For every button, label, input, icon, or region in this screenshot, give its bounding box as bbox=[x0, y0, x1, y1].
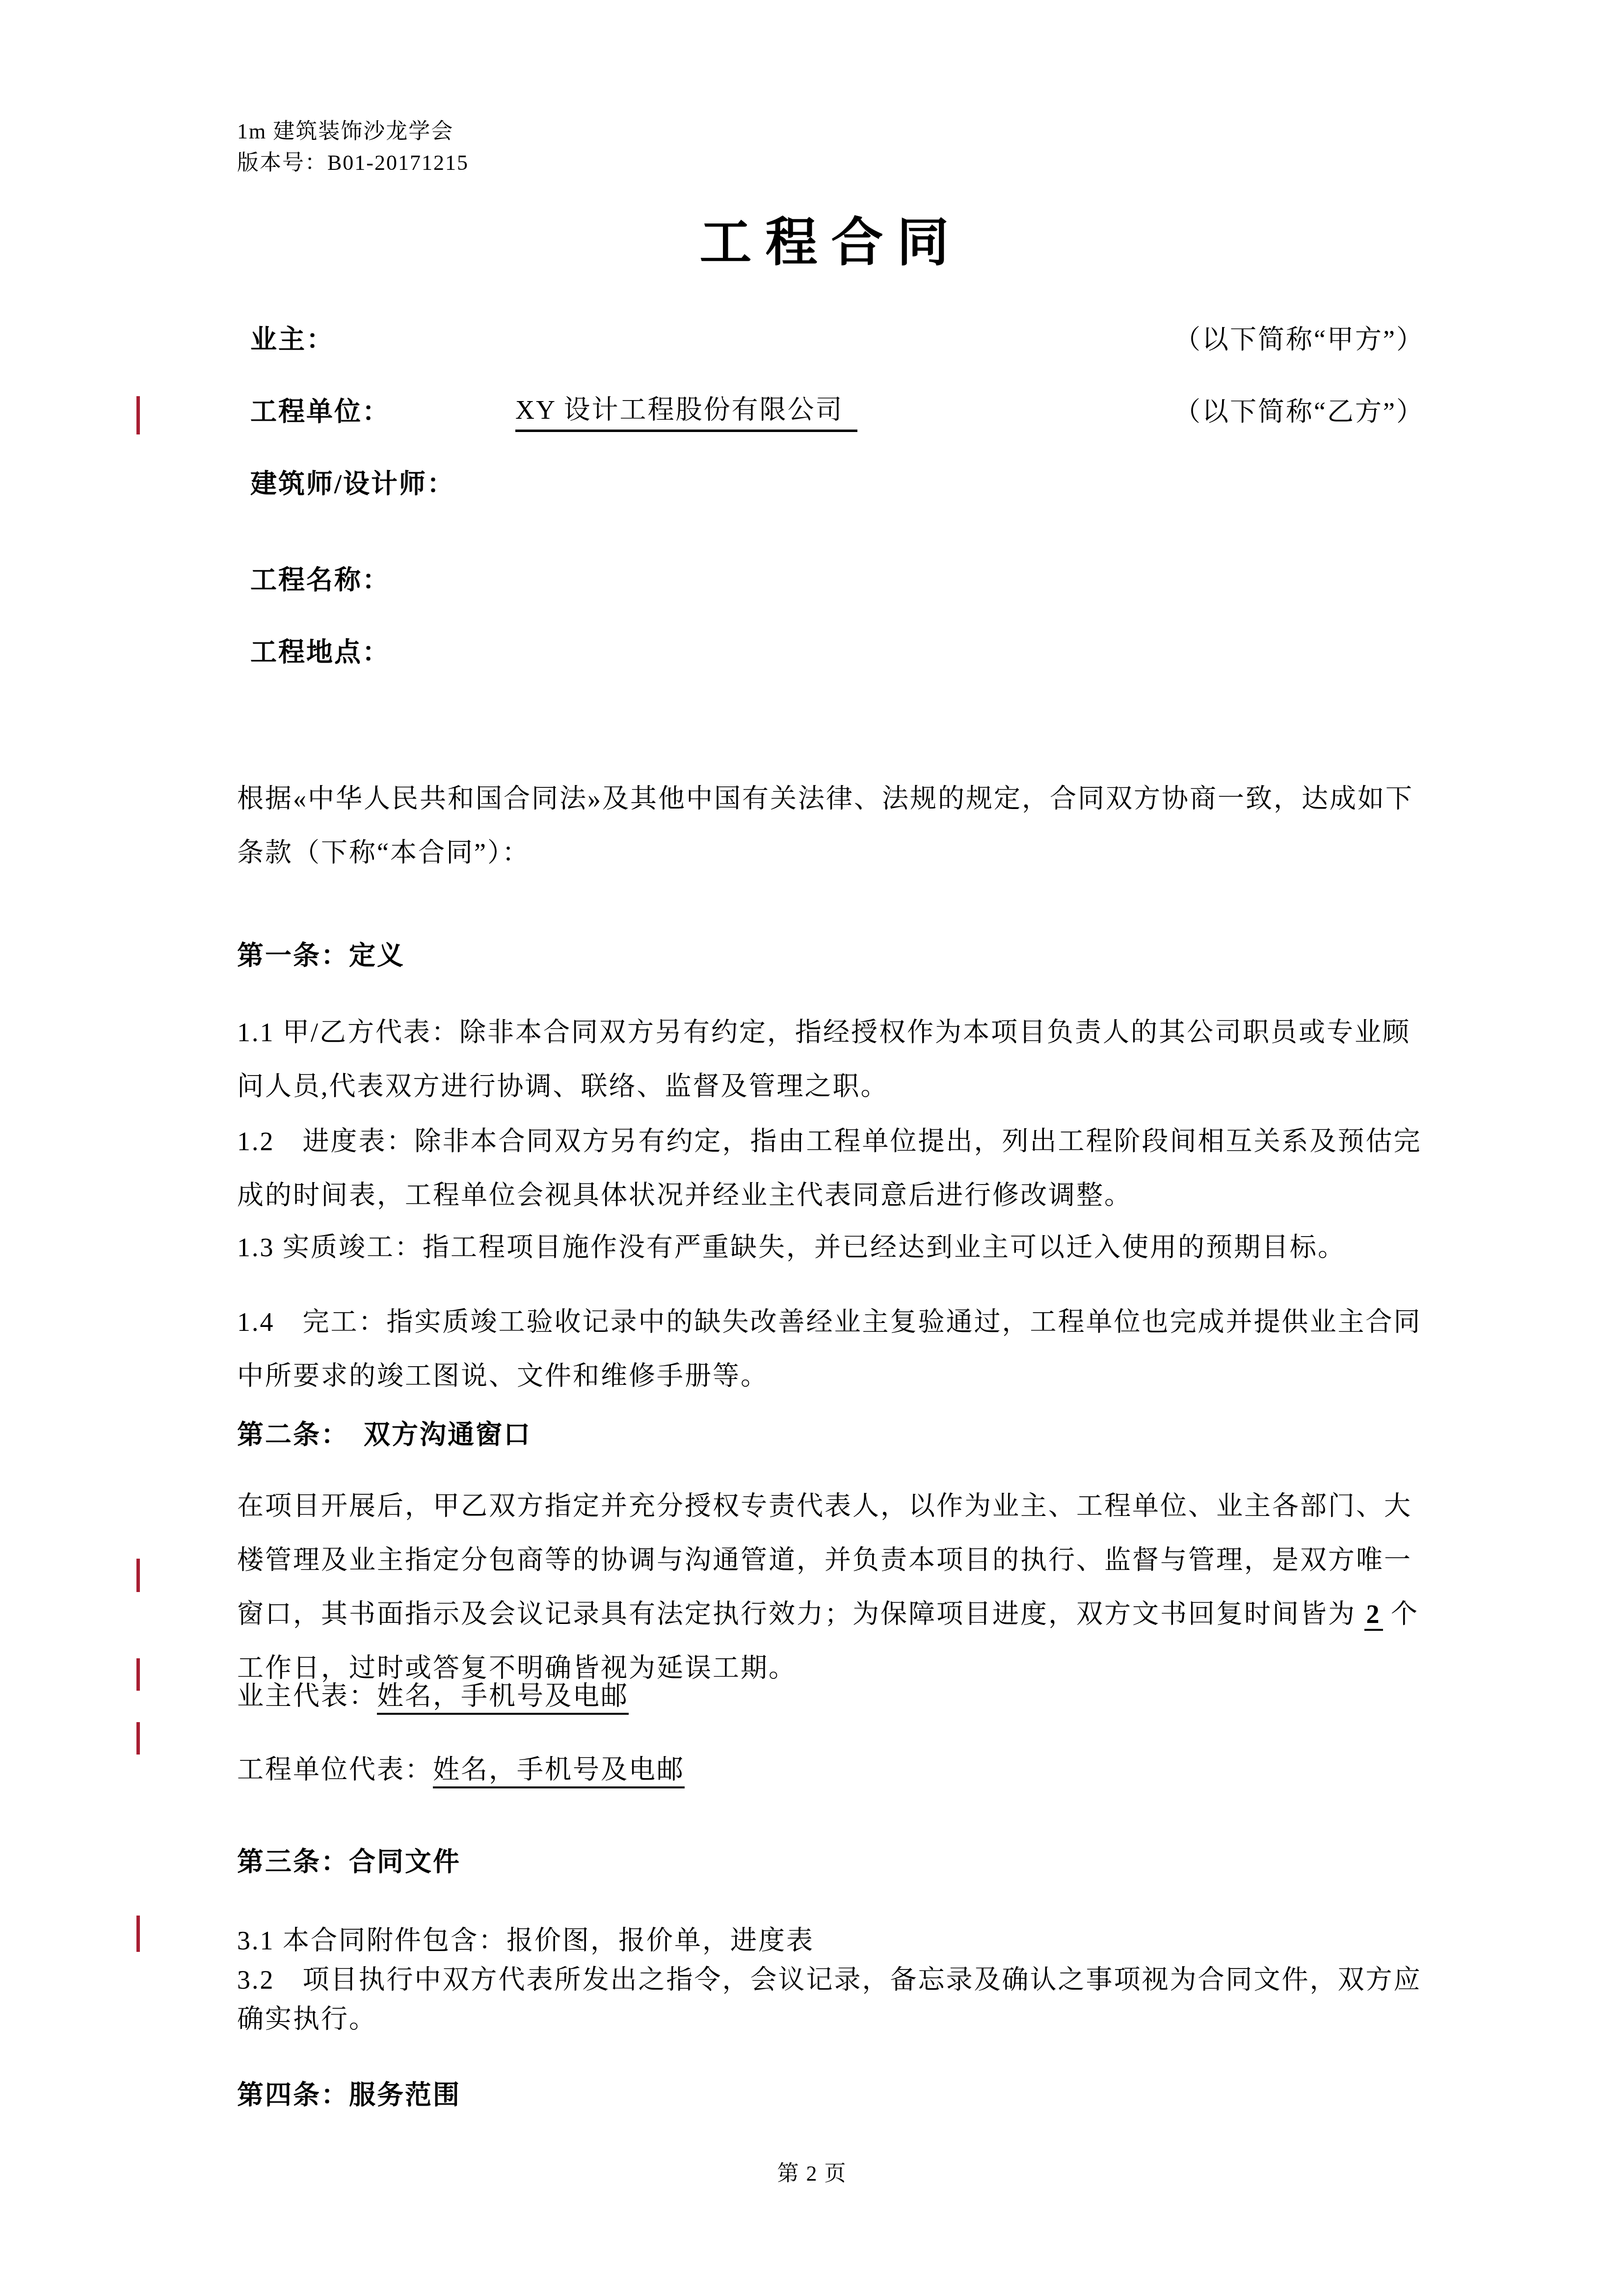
project-name-label: 工程名称： bbox=[250, 566, 390, 595]
revision-bar bbox=[136, 1722, 140, 1755]
article2-text-before: 在项目开展后，甲乙双方指定并充分授权专责代表人，以作为业主、工程单位、业主各部门… bbox=[237, 1491, 1412, 1629]
owner-alias: （以下简称“甲方”） bbox=[1174, 319, 1424, 360]
clause-1-4: 1.4 完工：指实质竣工验收记录中的缺失改善经业主复验通过，工程单位也完成并提供… bbox=[237, 1295, 1425, 1403]
article2-heading: 第二条： 双方沟通窗口 bbox=[237, 1414, 1425, 1456]
revision-bar bbox=[136, 1658, 140, 1691]
project-location-label: 工程地点： bbox=[250, 638, 390, 667]
revision-bar bbox=[136, 1916, 140, 1952]
field-row-project-location: 工程地点： bbox=[237, 632, 1425, 676]
article2-paragraph: 在项目开展后，甲乙双方指定并充分授权专责代表人，以作为业主、工程单位、业主各部门… bbox=[237, 1479, 1425, 1695]
contractor-alias: （以下简称“乙方”） bbox=[1174, 391, 1424, 432]
contractor-rep-label: 工程单位代表： bbox=[237, 1755, 433, 1784]
owner-rep-row: 业主代表：姓名，手机号及电邮 bbox=[237, 1669, 1425, 1723]
revision-bar bbox=[136, 396, 140, 434]
article3-clauses: 3.1 本合同附件包含：报价图，报价单，进度表 3.2 项目执行中双方代表所发出… bbox=[237, 1921, 1425, 2039]
contractor-rep-row: 工程单位代表：姓名，手机号及电邮 bbox=[237, 1743, 1425, 1797]
owner-rep-value: 姓名，手机号及电邮 bbox=[377, 1681, 629, 1715]
article3-heading: 第三条：合同文件 bbox=[237, 1841, 1425, 1883]
contract-page: 1m 建筑装饰沙龙学会 版本号：B01-20171215 工程合同 业主： （以… bbox=[0, 0, 1624, 2296]
document-header: 1m 建筑装饰沙龙学会 版本号：B01-20171215 bbox=[237, 116, 1425, 179]
clause-1-3: 1.3 实质竣工：指工程项目施作没有严重缺失，并已经达到业主可以迁入使用的预期目… bbox=[237, 1220, 1425, 1274]
page-title: 工程合同 bbox=[237, 209, 1425, 277]
owner-rep-label: 业主代表： bbox=[237, 1681, 377, 1711]
owner-label: 业主： bbox=[250, 325, 334, 354]
article4-heading: 第四条：服务范围 bbox=[237, 2075, 1425, 2116]
clause-1-2: 1.2 进度表：除非本合同双方另有约定，指由工程单位提出，列出工程阶段间相互关系… bbox=[237, 1114, 1425, 1222]
article1-heading: 第一条：定义 bbox=[237, 935, 1425, 976]
clause-1-1: 1.1 甲/乙方代表：除非本合同双方另有约定，指经授权作为本项目负责人的其公司职… bbox=[237, 1005, 1425, 1113]
architect-label: 建筑师/设计师： bbox=[250, 469, 455, 499]
page-number: 第 2 页 bbox=[0, 2160, 1624, 2188]
clause-3-2: 3.2 项目执行中双方代表所发出之指令，会议记录，备忘录及确认之事项视为合同文件… bbox=[237, 1960, 1425, 2039]
reply-days-value: 2 bbox=[1364, 1599, 1383, 1631]
contractor-rep-value: 姓名，手机号及电邮 bbox=[433, 1755, 685, 1788]
header-version: 版本号：B01-20171215 bbox=[237, 147, 1425, 179]
field-row-project-name: 工程名称： bbox=[237, 560, 1425, 604]
field-row-architect: 建筑师/设计师： bbox=[237, 463, 1425, 508]
field-row-owner: 业主： （以下简称“甲方”） bbox=[237, 319, 1425, 363]
header-org: 1m 建筑装饰沙龙学会 bbox=[237, 116, 1425, 147]
contractor-label: 工程单位： bbox=[250, 397, 390, 427]
contractor-name: XY 设计工程股份有限公司 bbox=[515, 391, 857, 432]
intro-paragraph: 根据«中华人民共和国合同法»及其他中国有关法律、法规的规定，合同双方协商一致，达… bbox=[237, 772, 1425, 880]
clause-3-1: 3.1 本合同附件包含：报价图，报价单，进度表 bbox=[237, 1921, 1425, 1960]
revision-bar bbox=[136, 1559, 140, 1592]
field-row-contractor: 工程单位： XY 设计工程股份有限公司 （以下简称“乙方”） bbox=[237, 391, 1425, 435]
